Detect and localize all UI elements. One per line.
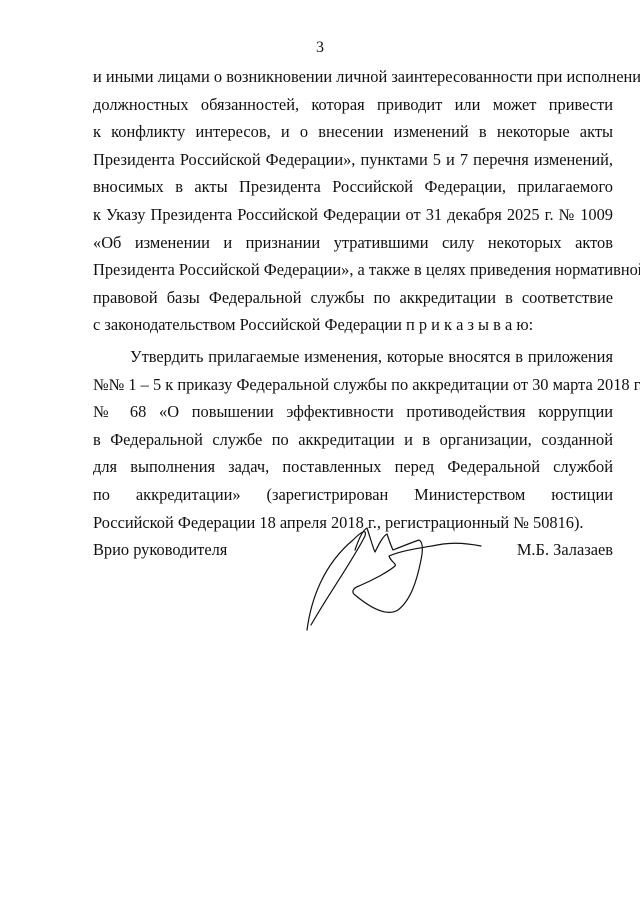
document-body: и иными лицами о возникновении личной за… [93, 63, 613, 536]
text-line: и иными лицами о возникновении личной за… [93, 63, 613, 91]
text-line: по аккредитации» (зарегистрирован Минист… [93, 481, 613, 509]
text-line: Утвердить прилагаемые изменения, которые… [93, 343, 613, 371]
paragraph-2: Утвердить прилагаемые изменения, которые… [93, 343, 613, 536]
text-line: вносимых в акты Президента Российской Фе… [93, 173, 613, 201]
page-number: 3 [0, 38, 640, 58]
text-line: для выполнения задач, поставленных перед… [93, 453, 613, 481]
text-line: с законодательством Российской Федерации… [93, 311, 613, 339]
signatory-title: Врио руководителя [93, 540, 227, 560]
text-line: правовой базы Федеральной службы по аккр… [93, 284, 613, 312]
paragraph-1: и иными лицами о возникновении личной за… [93, 63, 613, 339]
text-line: к Указу Президента Российской Федерации … [93, 201, 613, 229]
handwritten-signature-icon [293, 520, 483, 635]
signatory-name: М.Б. Залазаев [517, 540, 613, 560]
text-line: Президента Российской Федерации», пункта… [93, 146, 613, 174]
text-line: Президента Российской Федерации», а такж… [93, 256, 613, 284]
text-line: в Федеральной службе по аккредитации и в… [93, 426, 613, 454]
text-line: №№ 1 – 5 к приказу Федеральной службы по… [93, 371, 613, 399]
text-line: должностных обязанностей, которая привод… [93, 91, 613, 119]
text-line: № 68 «О повышении эффективности противод… [93, 398, 613, 426]
text-line: к конфликту интересов, и о внесении изме… [93, 118, 613, 146]
text-line: «Об изменении и признании утратившими си… [93, 229, 613, 257]
